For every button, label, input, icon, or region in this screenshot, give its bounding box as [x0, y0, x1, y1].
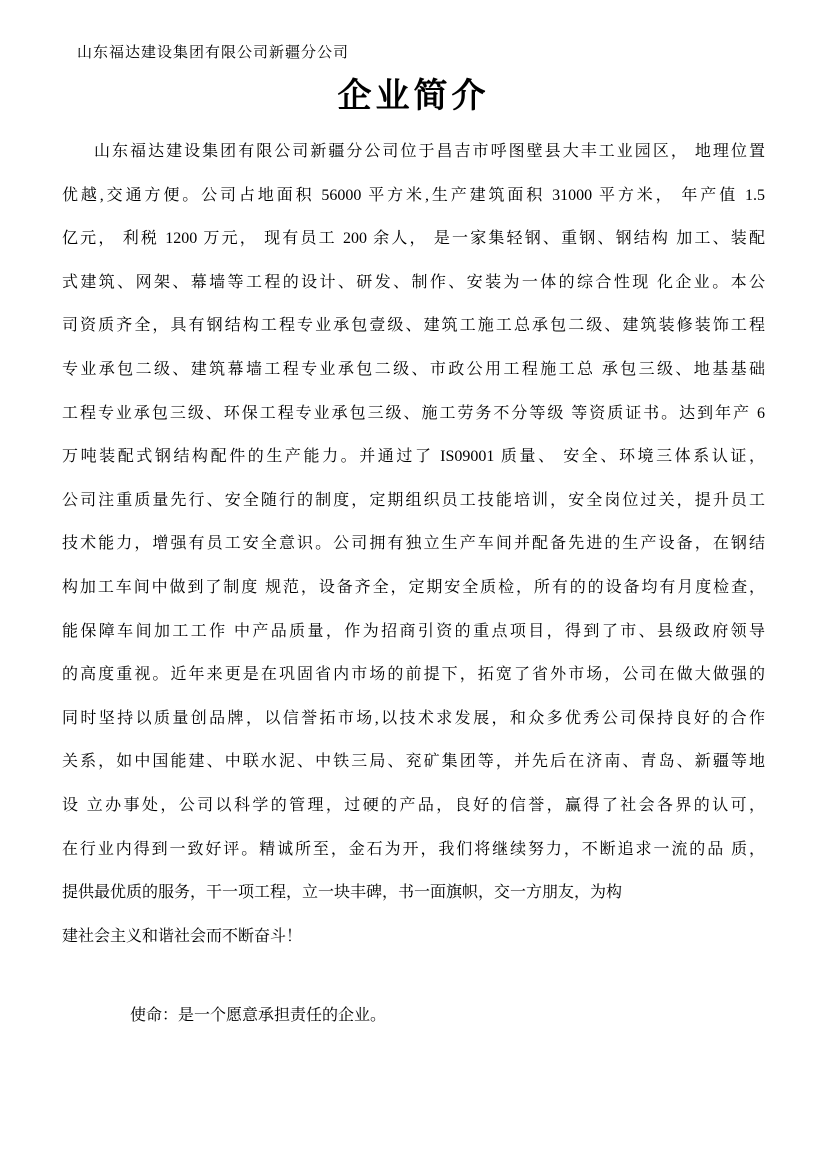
body-line: 能保障车间加工工作 中产品质量，作为招商引资的重点项目，得到了市、县级政府领导	[62, 610, 765, 654]
body-line: 建社会主义和谐社会而不断奋斗！	[62, 915, 765, 959]
body-line: 公司注重质量先行、安全随行的制度，定期组织员工技能培训，安全岗位过关，提升员工	[62, 479, 765, 523]
body-line: 构加工车间中做到了制度 规范，设备齐全，定期安全质检，所有的的设备均有月度检查，	[62, 566, 765, 610]
body-line: 式建筑、网架、幕墙等工程的设计、研发、制作、安装为一体的综合性现 化企业。本公	[62, 261, 765, 305]
body-line: 在行业内得到一致好评。精诚所至，金石为开，我们将继续努力，不断追求一流的品 质，	[62, 828, 765, 872]
body-line: 专业承包二级、建筑幕墙工程专业承包二级、市政公用工程施工总 承包三级、地基基础	[62, 348, 765, 392]
page-title: 企业简介	[0, 78, 827, 115]
company-name-header: 山东福达建设集团有限公司新疆分公司	[77, 45, 349, 62]
body-line: 司资质齐全，具有钢结构工程专业承包壹级、建筑工施工总承包二级、建筑装修装饰工程	[62, 304, 765, 348]
body-line: 山东福达建设集团有限公司新疆分公司位于昌吉市呼图壁县大丰工业园区， 地理位置	[62, 130, 765, 174]
body-line: 提供最优质的服务，干一项工程，立一块丰碑，书一面旗帜，交一方朋友，为构	[62, 871, 765, 915]
body-line: 关系，如中国能建、中联水泥、中铁三局、兖矿集团等，并先后在济南、青岛、新疆等地	[62, 740, 765, 784]
document-page: 山东福达建设集团有限公司新疆分公司 企业简介 山东福达建设集团有限公司新疆分公司…	[0, 0, 827, 1170]
body-line: 设 立办事处，公司以科学的管理，过硬的产品，良好的信誉，赢得了社会各界的认可，	[62, 784, 765, 828]
mission-statement: 使命：是一个愿意承担责任的企业。	[130, 1006, 386, 1025]
company-introduction-paragraph: 山东福达建设集团有限公司新疆分公司位于昌吉市呼图壁县大丰工业园区， 地理位置 优…	[62, 130, 765, 958]
body-line: 万吨装配式钢结构配件的生产能力。并通过了 IS09001 质量、 安全、环境三体…	[62, 435, 765, 479]
body-line: 工程专业承包三级、环保工程专业承包三级、施工劳务不分等级 等资质证书。达到年产 …	[62, 392, 765, 436]
body-line: 技术能力，增强有员工安全意识。公司拥有独立生产车间并配备先进的生产设备，在钢结	[62, 522, 765, 566]
body-line: 亿元， 利税 1200 万元， 现有员工 200 余人， 是一家集轻钢、重钢、钢…	[62, 217, 765, 261]
body-line: 同时坚持以质量创品牌，以信誉拓市场,以技术求发展，和众多优秀公司保持良好的合作	[62, 697, 765, 741]
body-line: 的高度重视。近年来更是在巩固省内市场的前提下，拓宽了省外市场，公司在做大做强的	[62, 653, 765, 697]
body-line: 优越,交通方便。公司占地面积 56000 平方米,生产建筑面积 31000 平方…	[62, 174, 765, 218]
